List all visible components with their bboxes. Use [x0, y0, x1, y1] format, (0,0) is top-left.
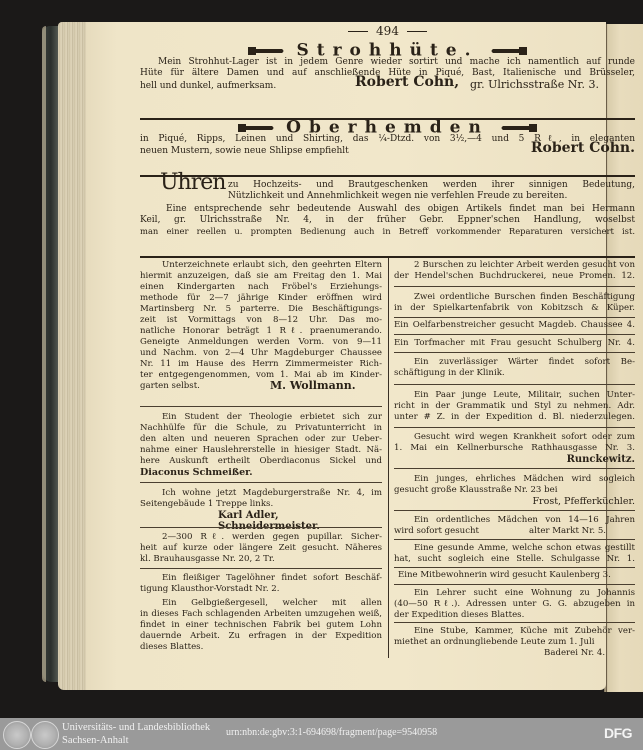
ad-text-line: zu Hochzeits- und Brautgeschenken werden…: [228, 180, 635, 191]
divider: [394, 468, 635, 469]
ad-adler: Ich wohne jetzt Magdeburgerstraße Nr. 4,…: [140, 488, 382, 532]
divider: [394, 622, 635, 623]
ad-student: Ein Student der Theologie erbietet sich …: [140, 412, 382, 478]
ad-hendel: 2 Burschen zu leichter Arbeit werden ges…: [394, 260, 635, 282]
ad-lehrer: Ein Lehrer sucht eine Wohnung zu Johanni…: [394, 588, 635, 621]
dfg-logo: DFG: [604, 725, 632, 741]
ad-text-line: miethet an ordnungliebende Leute zum 1. …: [394, 637, 635, 648]
ad-text-line: (40—50 Rℓ.). Adressen unter G. G. abzuge…: [394, 599, 635, 610]
ad-text-line: Ein junges, ehrliches Mädchen wird sogle…: [394, 474, 635, 485]
ad-text-line: Seitengebäude 1 Treppe links.: [140, 499, 382, 510]
ad-text-line: Gesucht wird wegen Krankheit sofort oder…: [394, 432, 635, 443]
ad-text-line: schäftigung in der Klinik.: [394, 368, 635, 379]
ad-text-line: nahme einer Hauslehrerstelle in hiesiger…: [140, 445, 382, 456]
advertiser-name: M. Wollmann.: [270, 380, 356, 391]
ad-text-line: Ein ordentliches Mädchen von 14—16 Jahre…: [394, 515, 635, 526]
divider: [140, 482, 382, 483]
ad-text-line: Ein fleißiger Tagelöhner findet sofort B…: [140, 573, 382, 584]
ad-text-line: Nachhülfe für die Schule, zu Privatunter…: [140, 423, 382, 434]
divider: [394, 584, 635, 585]
divider: [394, 317, 635, 318]
ad-text-line: 1. Mai ein Kellnerbursche Rathhausgasse …: [394, 443, 635, 454]
ad-text-line: Ein zuverlässiger Wärter findet sofort B…: [394, 357, 635, 368]
ad-text-line: alter Markt Nr. 5.: [529, 526, 606, 537]
ad-text-line: Unterzeichnete erlaubt sich, den geehrte…: [140, 260, 382, 271]
ad-text-line: wird sofort gesucht: [394, 526, 479, 537]
ad-unterricht: Ein Paar junge Leute, Militair, suchen U…: [394, 390, 635, 423]
divider: [394, 567, 635, 568]
divider: [140, 568, 382, 569]
ad-text-line: in der Spielkartenfabrik von Kobitzsch &…: [394, 303, 635, 314]
ad-text-line: hat, sucht sogleich eine Stelle. Schulga…: [394, 554, 635, 565]
ad-text-line: Ein Gelbgießergesell, welcher mit allen: [140, 598, 382, 609]
ad-amme: Eine gesunde Amme, welche schon etwas ge…: [394, 543, 635, 565]
urn-identifier: urn:nbn:de:gbv:3:1-694698/fragment/page=…: [226, 727, 437, 738]
ad-text-line: Martinsberg Nr. 5 parterre. Die Beschäft…: [140, 304, 382, 315]
library-name-line2: Sachsen-Anhalt: [62, 734, 210, 747]
ad-text-line: methode für 2—7 jährige Kinder eröffnen …: [140, 293, 382, 304]
column-divider: [388, 258, 389, 658]
ad-strohhuete: Strohhüte. Mein Strohhut-Lager ist in je…: [140, 45, 635, 93]
pointing-hand-left-icon: [499, 122, 539, 134]
ad-text-line: Mein Strohhut-Lager ist in jedem Genre w…: [140, 57, 635, 68]
ad-gelbgiesser: Ein Gelbgießergesell, welcher mit allen …: [140, 598, 382, 653]
ad-oelfarben: Ein Oelfarbenstreicher gesucht Magdeb. C…: [394, 320, 635, 331]
ad-text-line: findet in einer technischen Fabrik bei g…: [140, 620, 382, 631]
book-scan: 494 Strohhüte. Mein Strohhut-Lager ist i…: [40, 22, 643, 692]
pointing-hand-left-icon: [489, 45, 529, 57]
ad-text-line: Eine Mitbewohnerin wird gesucht Kaulenbe…: [394, 570, 635, 581]
ad-text-line: hell und dunkel, aufmerksam.: [140, 81, 276, 92]
pointing-hand-right-icon: [236, 122, 276, 134]
ad-maedchen-markt: Ein ordentliches Mädchen von 14—16 Jahre…: [394, 515, 635, 537]
ad-kobitzsch: Zwei ordentliche Burschen finden Beschäf…: [394, 292, 635, 314]
library-name-line1: Universitäts- und Landesbibliothek: [62, 721, 210, 734]
ad-kellnerbursche: Gesucht wird wegen Krankheit sofort oder…: [394, 432, 635, 465]
advertiser-name: Robert Cohn,: [355, 77, 459, 88]
page-content: 494 Strohhüte. Mein Strohhut-Lager ist i…: [140, 22, 635, 690]
state-seal-icon: [31, 721, 59, 749]
ad-text-line: Ein Oelfarbenstreicher gesucht Magdeb. C…: [394, 320, 635, 331]
page-number: 494: [140, 26, 635, 37]
ad-text-line: zeit ist Vormittags von 8—12 Uhr. Das mo…: [140, 315, 382, 326]
divider: [394, 539, 635, 540]
ad-text-line: Geneigte Anmeldungen werden Vorm. von 9—…: [140, 337, 382, 348]
university-seal-icon: [3, 721, 31, 749]
advertiser-name: Runckewitz.: [394, 454, 635, 465]
ad-text-line: Ein Lehrer sucht eine Wohnung zu Johanni…: [394, 588, 635, 599]
divider: [394, 427, 635, 428]
divider: [394, 510, 635, 511]
ad-text-line: Eine Stube, Kammer, Küche mit Zubehör ve…: [394, 626, 635, 637]
divider: [394, 352, 635, 353]
divider: [394, 384, 635, 385]
ad-text-line: heit auf kurze oder längere Zeit gesucht…: [140, 543, 382, 554]
ad-text-line: richt in der Grammatik und Styl zu nehme…: [394, 401, 635, 412]
ad-oberhemden: Oberhemden in Piqué, Ripps, Leinen und S…: [140, 122, 635, 159]
pointing-hand-right-icon: [246, 45, 286, 57]
ad-text-line: dieses Blattes.: [140, 642, 382, 653]
ad-text-line: kl. Brauhausgasse Nr. 20, 2 Tr.: [140, 554, 382, 565]
ad-text-line: Ich wohne jetzt Magdeburgerstraße Nr. 4,…: [140, 488, 382, 499]
ad-text-line: unter # Z. in der Expedition d. Bl. nied…: [394, 412, 635, 423]
advertiser-name: Robert Cohn.: [531, 143, 635, 154]
ad-text-line: der Expedition dieses Blattes.: [394, 610, 635, 621]
ad-text-line: gesucht große Klausstraße Nr. 23 bei: [394, 485, 635, 496]
ad-text-line: Eine entsprechende sehr bedeutende Auswa…: [140, 204, 635, 215]
ad-text-line: tigung Klausthor-Vorstadt Nr. 2.: [140, 584, 382, 595]
ad-text-line: Zwei ordentliche Burschen finden Beschäf…: [394, 292, 635, 303]
ad-text-line: man einer reellen u. prompten Bedienung …: [140, 226, 635, 237]
ad-text-line: Nr. 11 im Hause des Herrn Zimmermeister …: [140, 359, 382, 370]
divider: [394, 334, 635, 335]
ad-darlehen: 2—300 Rℓ. werden gegen pupillar. Sicher-…: [140, 532, 382, 565]
ad-kindergarten: Unterzeichnete erlaubt sich, den geehrte…: [140, 260, 382, 393]
footer-bar: Universitäts- und Landesbibliothek Sachs…: [0, 718, 643, 750]
ad-maedchen-frost: Ein junges, ehrliches Mädchen wird sogle…: [394, 474, 635, 507]
ad-headword: Uhren: [160, 177, 225, 188]
ad-tageloehner: Ein fleißiger Tagelöhner findet sofort B…: [140, 573, 382, 595]
ad-text-line: 2—300 Rℓ. werden gegen pupillar. Sicher-: [140, 532, 382, 543]
ad-text-line: der Hendel'schen Buchdruckerei, neue Pro…: [394, 271, 635, 282]
ad-text-line: Keil, gr. Ulrichsstraße Nr. 4, in der fr…: [140, 215, 635, 226]
ad-text-line: und Nachm. von 2—4 Uhr Magdeburger Chaus…: [140, 348, 382, 359]
advertiser-name: Frost, Pfefferküchler.: [394, 496, 635, 507]
ad-text-line: natliche Honorar beträgt 1 Rℓ. praenumer…: [140, 326, 382, 337]
ad-text-line: einen Kindergarten nach Fröbel's Erziehu…: [140, 282, 382, 293]
ad-text-line: neuen Mustern, sowie neue Shlipse empfie…: [140, 146, 349, 157]
ad-text-line: Nützlichkeit und Annehmlichkeit wegen ni…: [228, 191, 635, 202]
ad-text-line: hiermit anzuzeigen, daß sie am Freitag d…: [140, 271, 382, 282]
ad-title: Oberhemden: [140, 122, 635, 134]
ad-mitbewohnerin: Eine Mitbewohnerin wird gesucht Kaulenbe…: [394, 570, 635, 581]
ad-torfmacher: Ein Torfmacher mit Frau gesucht Schulber…: [394, 338, 635, 349]
page-number-text: 494: [376, 26, 399, 37]
ad-uhren: Uhren zu Hochzeits- und Brautgeschenken …: [140, 180, 635, 237]
advertiser-name: Karl Adler, Schneidermeister.: [140, 510, 382, 532]
advertiser-address: Baderei Nr. 4.: [394, 648, 635, 659]
ad-text-line: garten selbst.: [140, 381, 200, 392]
divider: [140, 527, 382, 528]
ad-text-line: in dieses Fach schlagenden Arbeiten umzu…: [140, 609, 382, 620]
ad-text-line: here Auskunft ertheilt Oberdiaconus Sick…: [140, 456, 382, 467]
ad-text-line: den alten und neueren Sprachen oder zur …: [140, 434, 382, 445]
ad-waerter: Ein zuverlässiger Wärter findet sofort B…: [394, 357, 635, 379]
ad-text-line: dauernde Arbeit. Zu erfragen in der Expe…: [140, 631, 382, 642]
ad-text-line: Eine gesunde Amme, welche schon etwas ge…: [394, 543, 635, 554]
divider: [394, 286, 635, 287]
ad-text-line: Ein Torfmacher mit Frau gesucht Schulber…: [394, 338, 635, 349]
divider: [140, 406, 382, 407]
ad-title: Strohhüte.: [140, 45, 635, 57]
library-name: Universitäts- und Landesbibliothek Sachs…: [62, 721, 210, 747]
page-edges: [58, 22, 88, 690]
advertiser-address: gr. Ulrichsstraße Nr. 3.: [470, 79, 599, 90]
ad-text-line: Ein Student der Theologie erbietet sich …: [140, 412, 382, 423]
ad-text-line: Diaconus Schmeißer.: [140, 467, 382, 478]
ad-text-line: Ein Paar junge Leute, Militair, suchen U…: [394, 390, 635, 401]
ad-text-line: 2 Burschen zu leichter Arbeit werden ges…: [394, 260, 635, 271]
ad-stube: Eine Stube, Kammer, Küche mit Zubehör ve…: [394, 626, 635, 659]
